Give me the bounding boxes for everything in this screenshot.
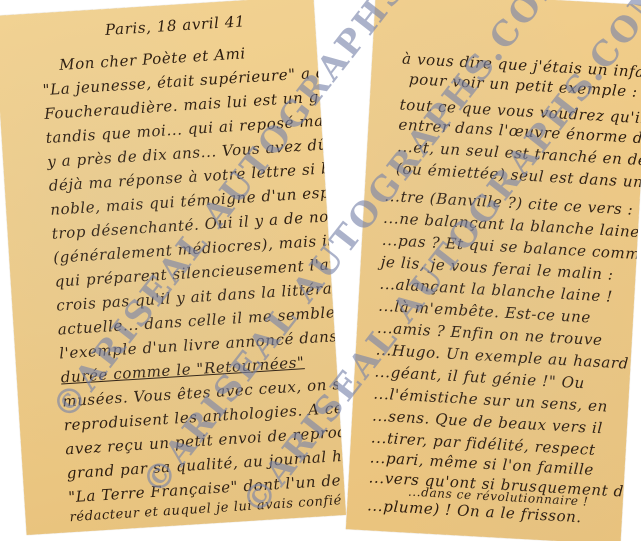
letter-sheet-front: Paris, 18 avril 41 Mon cher Poète et Ami… <box>0 0 346 535</box>
letter-dateline: Paris, 18 avril 41 <box>105 12 246 39</box>
front-sheet-text: Paris, 18 avril 41 Mon cher Poète et Ami… <box>0 0 313 16</box>
letter-sheet-back: à vous dire que j'étais un infatigable p… <box>346 0 641 541</box>
back-sheet-text: à vous dire que j'étais un infatigable p… <box>376 0 641 5</box>
